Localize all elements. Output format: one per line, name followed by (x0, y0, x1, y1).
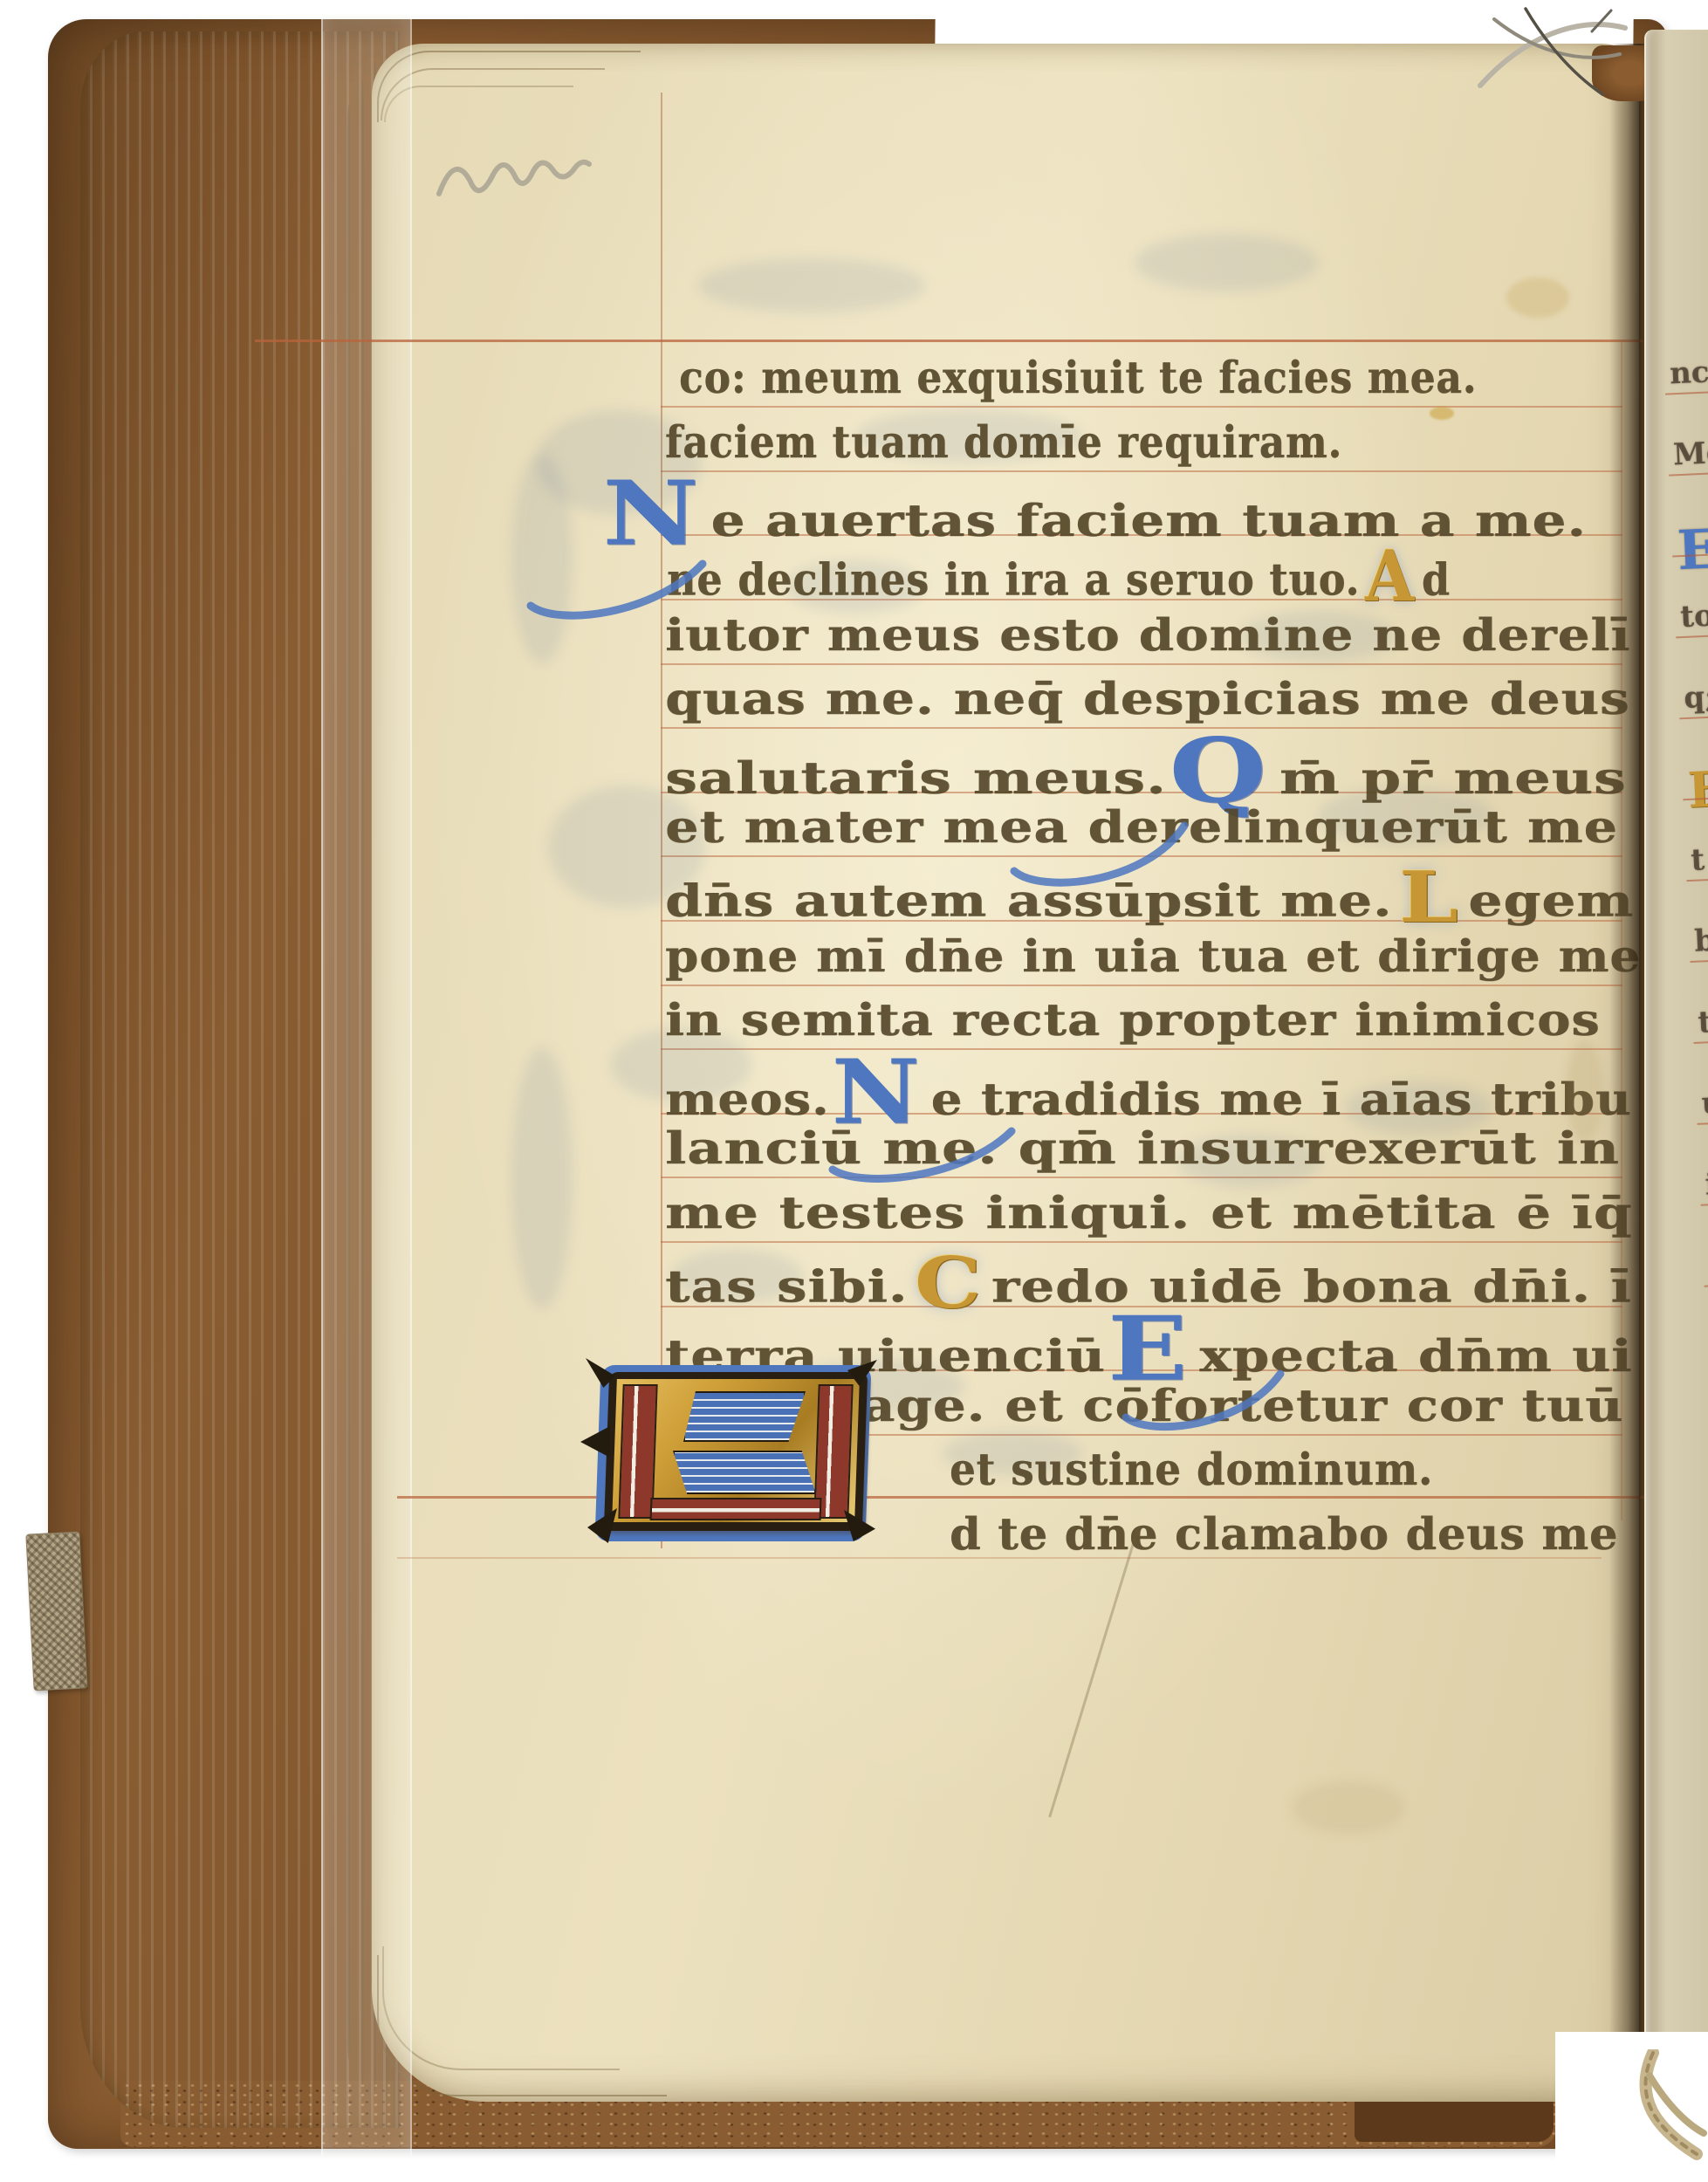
facing-page-fragment: Equ. (1676, 515, 1708, 583)
facing-page-rule (1694, 1040, 1708, 1044)
manuscript-line-14: me testes iniqui. et mētita ē īq̄ (665, 1188, 1632, 1241)
manuscript-line-4: ne declines in ira a seruo tuo.Ad (667, 545, 1451, 599)
repair-tape-strip (321, 14, 412, 2156)
gold-initial: B (1687, 760, 1708, 820)
facing-page-rule (1705, 1283, 1708, 1287)
line-text: iutor meus esto domine ne derelī (665, 609, 1630, 661)
fragment-text: bt uta s (1694, 919, 1708, 959)
manuscript-line-2: faciem tuam domīe requiram. (665, 417, 1342, 470)
initial-flourish (1005, 817, 1197, 897)
line-text: meos. (665, 1074, 829, 1125)
facing-page-fragment: i est (1705, 1164, 1708, 1203)
initial-flourish (1119, 1367, 1293, 1442)
fragment-text: q; ma (1683, 676, 1708, 716)
facing-page-fragment: nclila (1669, 353, 1708, 392)
initial-flourish (524, 557, 716, 630)
fragment-text: i est (1705, 1164, 1708, 1203)
fragment-text: uoc his (1701, 1081, 1708, 1122)
manuscript-line-7: salutaris meus.Qm̄ pr̄ meus (665, 738, 1627, 792)
facing-page-rule (1665, 391, 1708, 395)
facing-page-rule (1698, 1121, 1708, 1125)
manuscript-line-1: co: meum exquisiuit te facies mea. (679, 353, 1477, 407)
fragment-text: Merreli (1672, 432, 1708, 472)
facing-page-text-column: nclilaMerreliEqu.tos mq; maBett cribt ut… (1646, 30, 1708, 2135)
fragment-text: tos m (1679, 596, 1708, 635)
frayed-thread (1471, 2, 1633, 106)
facing-page-edge: nclilaMerreliEqu.tos mq; maBett cribt ut… (1644, 30, 1708, 2135)
illuminated-initial-A (607, 1372, 865, 1531)
manuscript-line-6: quas me. neq̄ despicias me deus (665, 675, 1630, 728)
binding-cord-tassel (1623, 2049, 1708, 2167)
line-text: d (1422, 554, 1451, 606)
line-text: pone mī dn̄e in uia tua et dirige me (665, 930, 1641, 982)
facing-page-fragment: Bet (1687, 758, 1708, 820)
blue-initial: E (1676, 517, 1708, 582)
line-text: e tradidis me ī aīas tribu (931, 1074, 1632, 1125)
line-text: d te dn̄e clamabo deus me (950, 1508, 1618, 1560)
photograph-of-manuscript: { "manuscript": { "language": "Latin", "… (0, 0, 1708, 2182)
corner-leaf-step (384, 86, 573, 122)
manuscript-line-5: iutor meus esto domine ne derelī (665, 610, 1630, 663)
fragment-text: nclila (1669, 353, 1708, 392)
facing-page-rule (1686, 877, 1708, 882)
gold-initial: L (1399, 873, 1459, 923)
initial-flourish (824, 1124, 1025, 1194)
gold-initial: C (915, 1258, 983, 1307)
fragment-text: ter uī (1698, 1001, 1708, 1040)
line-text: quas me. neq̄ despicias me deus (665, 674, 1630, 725)
blue-initial: N (832, 1068, 921, 1118)
line-text: redo uidē bona dn̄i. ī (991, 1261, 1632, 1313)
initial-blue-panel-lower (673, 1451, 816, 1494)
facing-page-fragment: Merreli (1672, 432, 1708, 472)
facing-page-rule (1679, 715, 1708, 719)
facing-page-rule (1676, 634, 1708, 638)
facing-page-fragment: ter uī (1698, 1001, 1708, 1040)
clasp-strap (25, 1532, 87, 1691)
initial-red-bar-bottom (650, 1498, 822, 1520)
corner-leaf-step (382, 1946, 620, 2070)
manuscript-line-18: et sustine dominum. (950, 1445, 1433, 1499)
stain (1506, 278, 1569, 318)
manuscript-line-16: terra uiuenciūExpecta dn̄m ui (665, 1317, 1632, 1370)
line-text: faciem tuam domīe requiram. (665, 416, 1342, 468)
line-text: m̄ pr̄ meus (1279, 752, 1627, 804)
manuscript-line-12: meos.Ne tradidis me ī aīas tribu (665, 1060, 1632, 1113)
line-text: me testes iniqui. et mētita ē īq̄ (665, 1187, 1632, 1239)
line-text: e auertas faciem tuam a me. (711, 496, 1587, 547)
facing-page-rule (1701, 1202, 1708, 1206)
manuscript-line-19: d te dn̄e clamabo deus me (950, 1509, 1618, 1562)
facing-page-rule (1669, 472, 1708, 477)
blue-initial: N (603, 490, 700, 539)
show-through-smudge (698, 258, 925, 312)
line-text: et sustine dominum. (950, 1444, 1433, 1496)
manuscript-line-13: lanciū me. qm̄ insurrexerūt in (665, 1124, 1620, 1177)
pencil-inscription (432, 131, 598, 218)
line-text: tas sibi. (665, 1261, 908, 1313)
blue-initial: Q (1170, 747, 1268, 797)
top-margin-rule (255, 340, 1643, 342)
facing-page-fragment: tos m (1679, 596, 1708, 635)
show-through-smudge (511, 1047, 573, 1309)
line-text: ne declines in ira a seruo tuo. (667, 554, 1360, 606)
stain (1292, 1781, 1405, 1835)
facing-page-fragment: bt uta s (1694, 919, 1708, 959)
stain (1430, 407, 1454, 420)
line-text: lanciū me. qm̄ insurrexerūt in (665, 1123, 1620, 1175)
line-text: salutaris meus. (665, 752, 1167, 804)
manuscript-line-10: pone mī dn̄e in uia tua et dirige me (665, 931, 1641, 985)
facing-page-fragment: uoc his (1701, 1081, 1708, 1122)
facing-page-fragment: t cri (1691, 840, 1708, 877)
show-through-smudge (1135, 234, 1318, 292)
line-text: co: meum exquisiuit te facies mea. (679, 353, 1477, 404)
fragment-text: t cri (1691, 840, 1708, 877)
facing-page-fragment: q; ma (1683, 676, 1708, 716)
manuscript-line-11: in semita recta propter inimicos (665, 996, 1601, 1049)
line-text: in semita recta propter inimicos (665, 995, 1601, 1046)
gold-initial: A (1365, 552, 1415, 601)
stain (1566, 1039, 1602, 1143)
initial-blue-panel-upper (683, 1391, 806, 1442)
manuscript-line-3: Ne auertas faciem tuam a me. (600, 482, 1587, 535)
facing-page-rule (1690, 958, 1708, 963)
